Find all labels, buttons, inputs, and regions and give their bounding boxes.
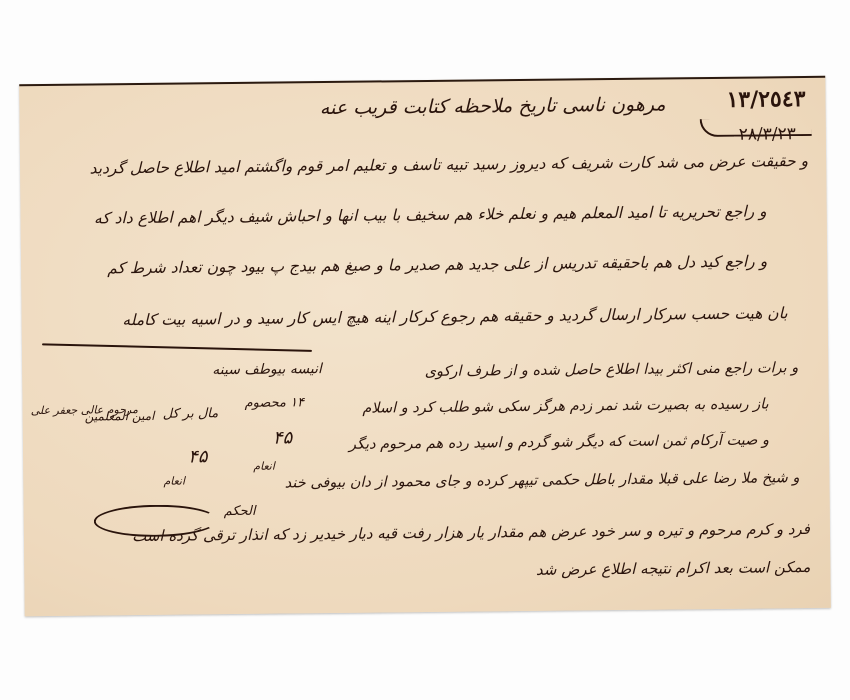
- body-line-5: و برات راجع منی اکثر بیدا اطلاع حاصل شده…: [425, 360, 799, 380]
- body-line-6: باز رسیده به بصیرت شد نمر زدم هرگز سکی ش…: [362, 396, 769, 416]
- body-line-7: و صیت آرکام ثمن است که دیگر شو گردم و اس…: [349, 432, 769, 452]
- body-line-9: فرد و کرم مرحوم و تیره و سر خود عرض هم م…: [132, 520, 810, 545]
- body-line-1: و حقیقت عرض می شد کارت شریف که دیروز رسی…: [89, 152, 808, 178]
- left-notes-title: انیسه بیوطف سینه: [212, 361, 322, 378]
- body-line-8: و شیخ ملا رضا علی قبلا مقدار باطل حکمی ت…: [285, 470, 800, 491]
- heading-line: مرهون ناسی تاریخ ملاحظه کتابت قریب عنه: [320, 93, 666, 119]
- left-note-1: ۱۴ محصوم: [245, 395, 305, 411]
- amount-2-label: انعام: [163, 475, 185, 488]
- amount-1-label: انعام: [253, 460, 275, 473]
- signature-note: الحکم: [224, 504, 256, 519]
- left-note-2: مال بر کل: [163, 406, 219, 422]
- reference-number: ١٣/٢٥٤٣: [726, 86, 805, 113]
- body-line-2: و راجع تحریریه تا امید المعلم هیم و نعلم…: [94, 202, 767, 227]
- divider-rule: [42, 343, 312, 352]
- left-corner-note: مرحوم عالی جعفر علی: [31, 403, 138, 417]
- body-line-4: بان هیت حسب سرکار ارسال گردید و حقیقه هم…: [122, 304, 787, 329]
- postcard: ١٣/٢٥٤٣ ٢٨/٣/٢٣ مرهون ناسی تاریخ ملاحظه …: [19, 76, 831, 616]
- body-line-10: ممکن است بعد اکرام نتیجه اطلاع عرض شد: [536, 558, 811, 579]
- amount-1: ۴۵: [273, 427, 293, 448]
- document-date: ٢٨/٣/٢٣: [739, 124, 796, 145]
- amount-2: ۴۵: [188, 446, 208, 467]
- body-line-3: و راجع کید دل هم باحقیقه تدریس از علی جد…: [107, 252, 767, 277]
